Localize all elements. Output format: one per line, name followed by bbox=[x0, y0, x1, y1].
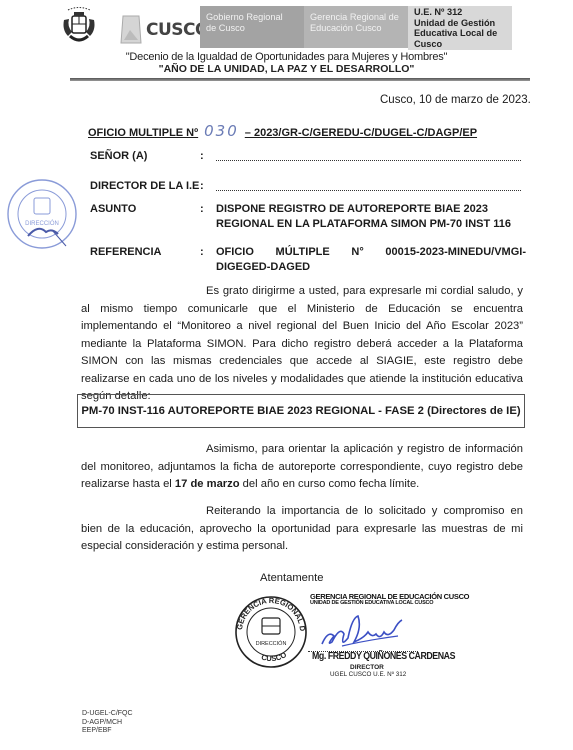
referencia-label: REFERENCIA bbox=[90, 246, 162, 258]
senor-label: SEÑOR (A) bbox=[90, 150, 147, 162]
peru-coat-of-arms-icon bbox=[62, 6, 96, 46]
director-colon: : bbox=[200, 180, 204, 192]
decenio-motto: "Decenio de la Igualdad de Oportunidades… bbox=[0, 51, 573, 63]
oficio-reference: OFICIO MULTIPLE Nº030– 2023/GR-C/GEREDU-… bbox=[88, 122, 477, 140]
closing-salutation: Atentamente bbox=[260, 572, 323, 584]
signature-org-line2: UNIDAD DE GESTIÓN EDUCATIVA LOCAL CUSCO bbox=[310, 600, 433, 606]
director-label: DIRECTOR DE LA I.E bbox=[90, 180, 199, 192]
handwritten-signature-icon bbox=[318, 608, 408, 650]
header-box-gobierno-regional: Gobierno Regional de Cusco bbox=[200, 6, 304, 48]
referencia-value: OFICIO MÚLTIPLE N° 00015-2023-MINEDU/VMG… bbox=[216, 245, 526, 275]
senor-colon: : bbox=[200, 150, 204, 162]
oficio-suffix: – 2023/GR-C/GEREDU-C/DUGEL-C/DAGP/EP bbox=[245, 127, 477, 139]
header-box-ugel: U.E. Nº 312 Unidad de Gestión Educativa … bbox=[408, 6, 512, 50]
year-motto: "AÑO DE LA UNIDAD, LA PAZ Y EL DESARROLL… bbox=[0, 63, 573, 75]
asunto-label: ASUNTO bbox=[90, 203, 136, 215]
signatory-title: DIRECTOR bbox=[350, 664, 384, 671]
oficio-number: 030 bbox=[204, 122, 239, 140]
asunto-value: DISPONE REGISTRO DE AUTOREPORTE BIAE 202… bbox=[216, 202, 526, 232]
header-box-gerencia-regional: Gerencia Regional de Educación Cusco bbox=[304, 6, 408, 48]
mountain-logo-icon bbox=[120, 14, 142, 44]
senor-blank-line bbox=[216, 153, 521, 161]
header-divider bbox=[70, 78, 530, 81]
referencia-colon: : bbox=[200, 246, 204, 258]
paragraph-intro: Es grato dirigirme a usted, para expresa… bbox=[81, 283, 523, 406]
document-date: Cusco, 10 de marzo de 2023. bbox=[380, 94, 531, 106]
asunto-colon: : bbox=[200, 203, 204, 215]
oficio-prefix: OFICIO MULTIPLE Nº bbox=[88, 127, 198, 139]
svg-text:DIRECCIÓN: DIRECCIÓN bbox=[25, 220, 59, 227]
signatory-name: Mg. FREDDY QUIÑONES CARDENAS bbox=[312, 651, 455, 662]
signatory-unit: UGEL CUSCO U.E. Nº 312 bbox=[330, 671, 406, 678]
platform-code-box: PM-70 INST-116 AUTOREPORTE BIAE 2023 REG… bbox=[77, 394, 525, 428]
paragraph-closing: Reiterando la importancia de lo solicita… bbox=[81, 503, 523, 556]
director-blank-line bbox=[216, 183, 521, 191]
direccion-stamp-icon: DIRECCIÓN bbox=[4, 172, 82, 260]
paragraph-deadline: Asimismo, para orientar la aplicación y … bbox=[81, 441, 523, 494]
deadline-date: 17 de marzo bbox=[175, 478, 240, 490]
gerencia-regional-stamp-icon: GERENCIA REGIONAL DE EDUCACIÓN CUSCO DIR… bbox=[234, 590, 308, 674]
reference-initials: D-UGEL-C/FQC D-AGP/MCH EEP/EBF bbox=[82, 710, 133, 736]
svg-text:DIRECCIÓN: DIRECCIÓN bbox=[256, 640, 287, 647]
svg-text:CUSCO: CUSCO bbox=[260, 650, 288, 663]
cusco-region-logo: CUSCO bbox=[120, 14, 204, 44]
